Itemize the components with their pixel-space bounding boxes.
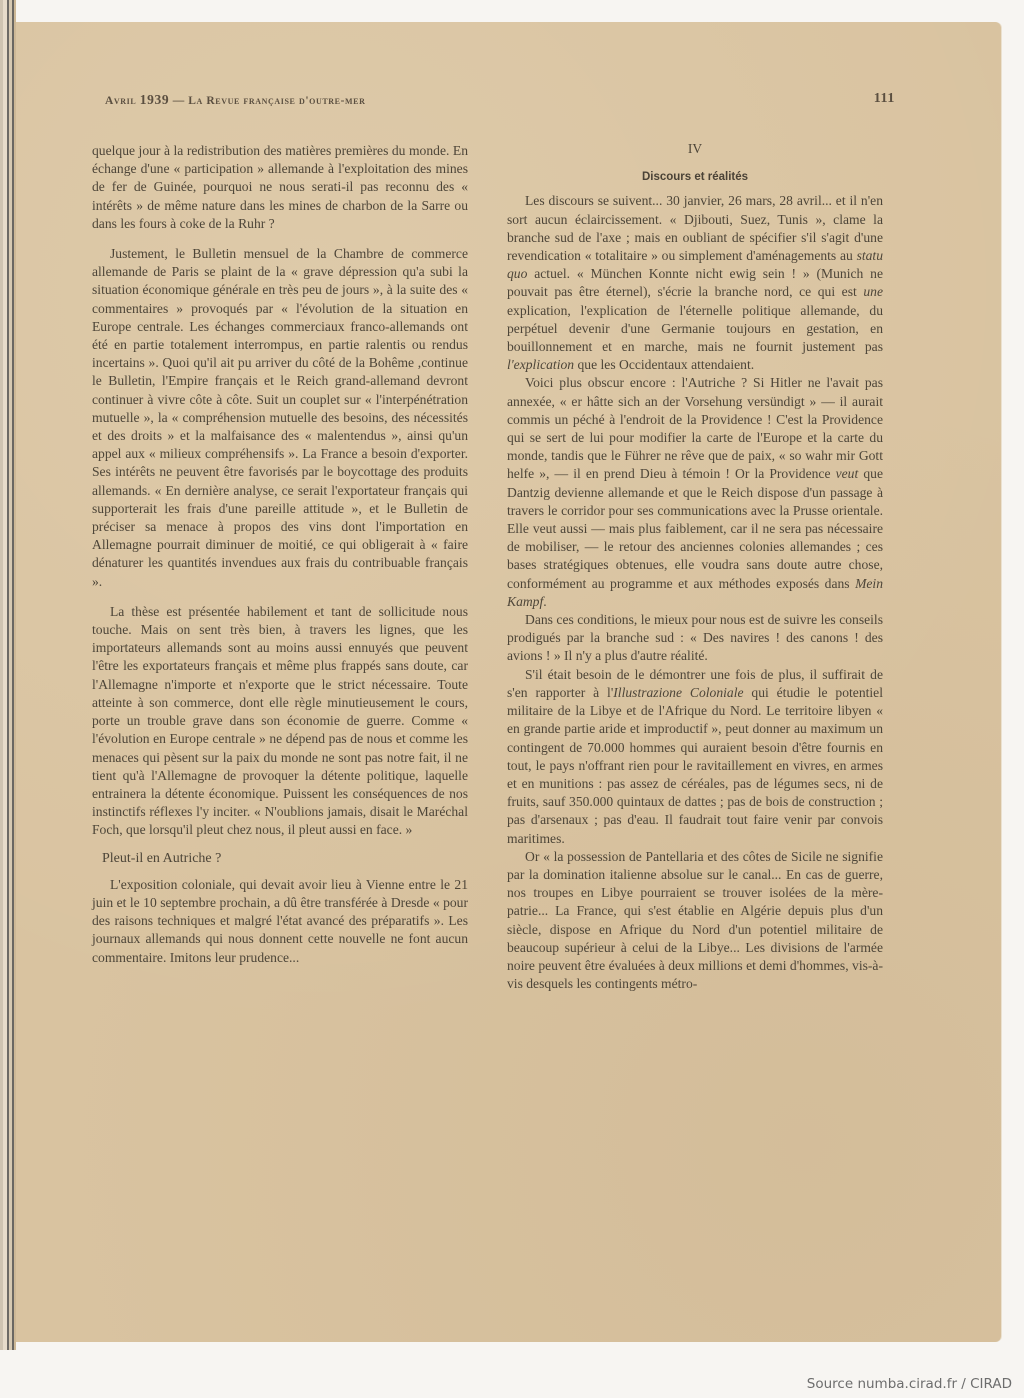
text-run: que les Occidentaux attendaient.	[574, 357, 754, 372]
text-run: actuel. « München Konnte nicht ewig sein…	[507, 266, 883, 299]
section-number: IV	[507, 140, 883, 158]
running-head-dash: —	[173, 95, 185, 107]
paragraph: Or « la possession de Pantellaria et des…	[507, 848, 883, 994]
section-title: Discours et réalités	[507, 168, 883, 186]
page-number: 111	[874, 91, 895, 107]
italic-text: une	[863, 284, 883, 299]
paragraph: Dans ces conditions, le mieux pour nous …	[507, 611, 883, 666]
italic-text: veut	[836, 466, 859, 481]
running-head-left: Avril 1939 — La Revue française d'outre-…	[105, 92, 365, 108]
subheading: Pleut-il en Autriche ?	[102, 850, 468, 868]
text-run: qui étudie le potentiel militaire de la …	[507, 685, 883, 846]
paragraph: S'il était besoin de le démontrer une fo…	[507, 666, 883, 848]
book-binding-edge	[0, 0, 16, 1350]
text-run: .	[543, 594, 546, 609]
journal-title: La Revue française d'outre-mer	[188, 95, 365, 107]
text-run: explication, l'explication de l'éternell…	[507, 303, 883, 354]
text-run: Voici plus obscur encore : l'Autriche ? …	[507, 375, 883, 481]
paragraph: quelque jour à la redistribution des mat…	[92, 142, 468, 233]
paragraph: Les discours se suivent... 30 janvier, 2…	[507, 192, 883, 374]
running-head: Avril 1939 — La Revue française d'outre-…	[105, 92, 895, 112]
left-column: quelque jour à la redistribution des mat…	[92, 142, 468, 967]
paragraph: Justement, le Bulletin mensuel de la Cha…	[92, 245, 468, 591]
italic-text: Illustrazione Coloniale	[613, 685, 743, 700]
running-head-month: Avril	[105, 95, 136, 107]
source-credit: Source numba.cirad.fr / CIRAD	[807, 1376, 1012, 1392]
italic-text: l'explication	[507, 357, 574, 372]
paragraph: La thèse est présentée habilement et tan…	[92, 603, 468, 840]
running-head-year: 1939	[140, 92, 169, 107]
paragraph: L'exposition coloniale, qui devait avoir…	[92, 876, 468, 967]
text-run: Les discours se suivent... 30 janvier, 2…	[507, 193, 883, 263]
text-run: que Dantzig devienne allemande et que le…	[507, 466, 883, 590]
paragraph: Voici plus obscur encore : l'Autriche ? …	[507, 374, 883, 611]
right-column: IV Discours et réalités Les discours se …	[507, 140, 883, 993]
